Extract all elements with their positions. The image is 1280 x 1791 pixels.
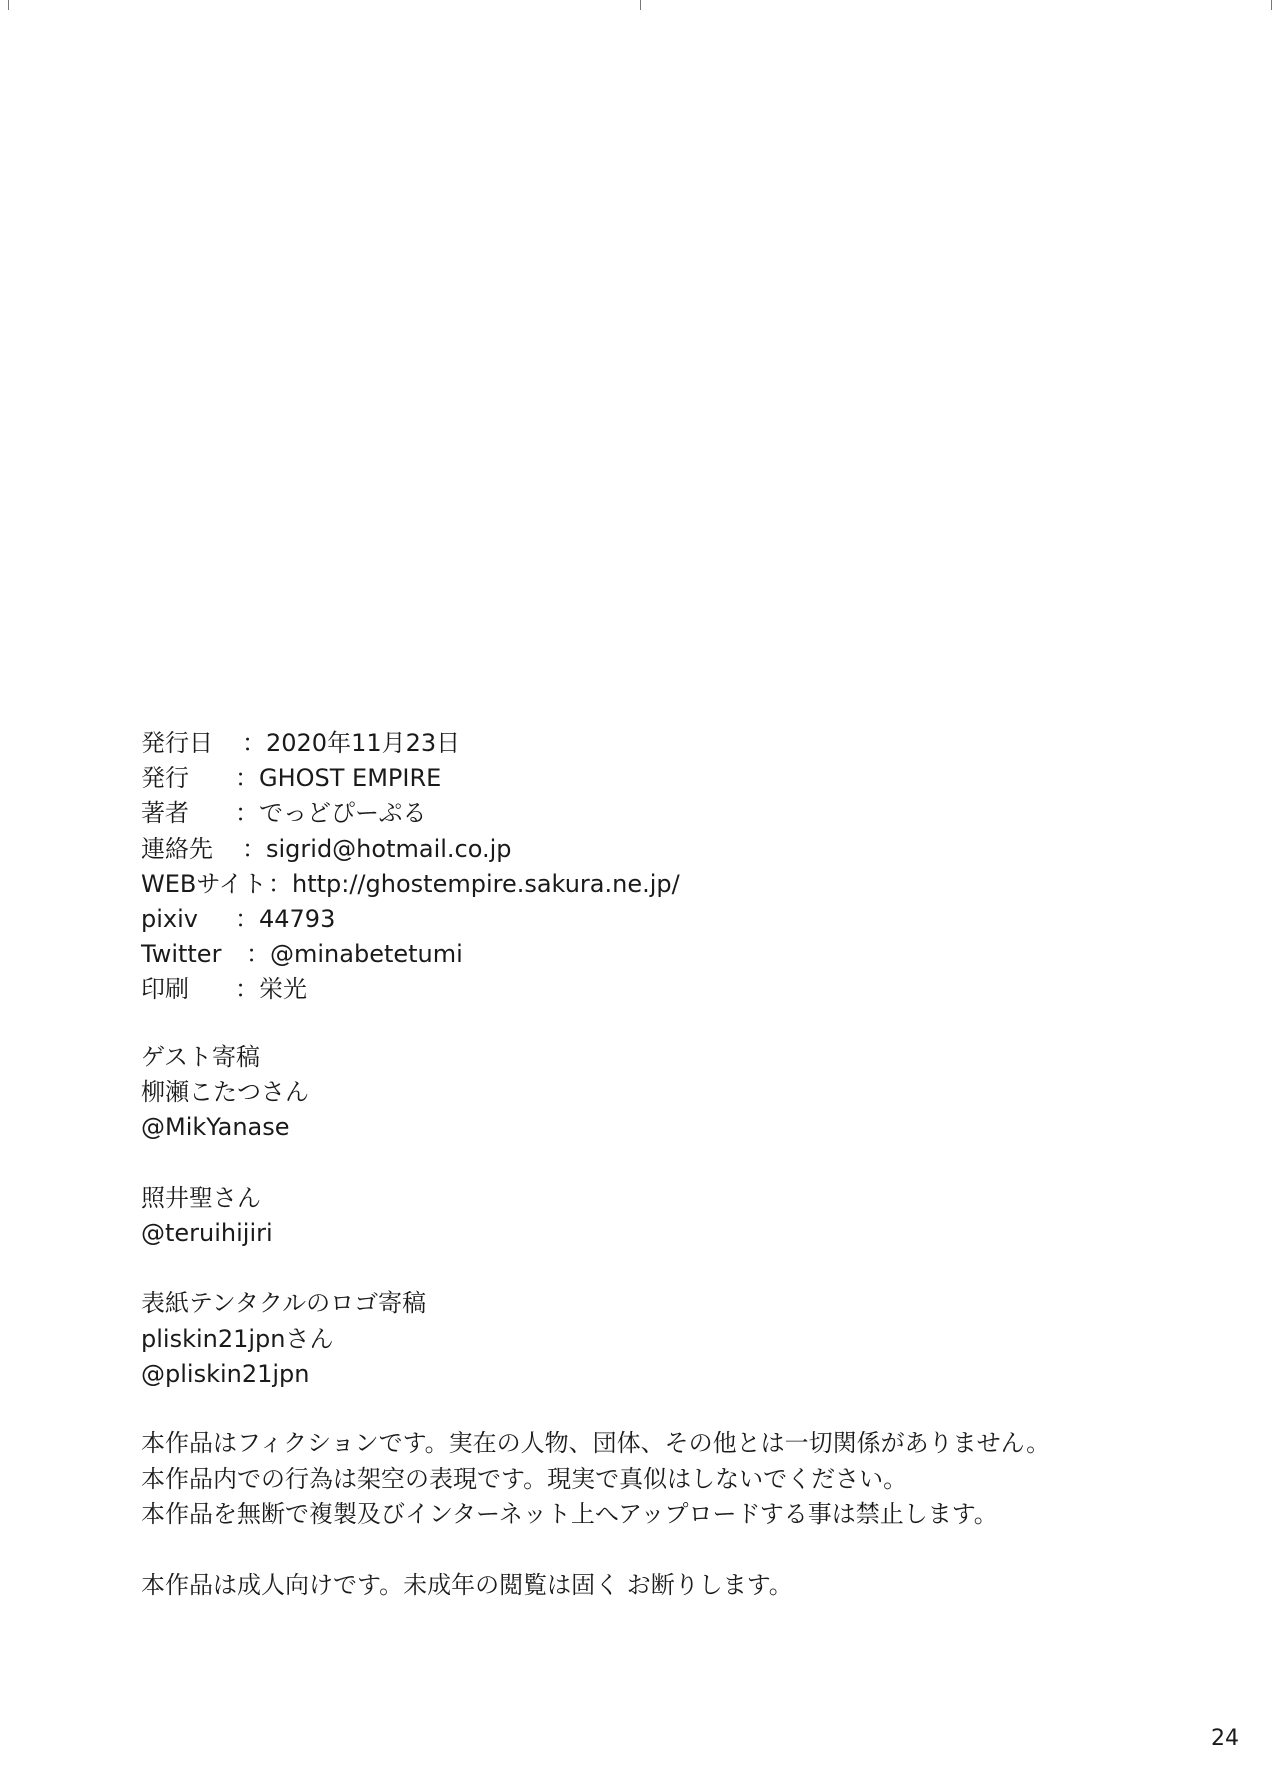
contributor-name: 柳瀬こたつさん: [141, 1075, 426, 1110]
row-value: ：栄光: [235, 972, 307, 1007]
contributor-name: pliskin21jpnさん: [141, 1322, 426, 1357]
contributor-handle: @teruihijiri: [141, 1216, 426, 1251]
row-label: 印刷: [141, 972, 189, 1007]
colophon-row-publish-date: 発行日 ：2020年11月23日: [141, 726, 267, 761]
notice-no-reproduction: 本作品を無断で複製及びインターネット上へアップロードする事は禁止します。: [141, 1497, 1050, 1533]
notice-adults-only: 本作品は成人向けです。未成年の閲覧は固く お断りします。: [141, 1568, 1050, 1604]
row-label: 連絡先: [141, 832, 213, 867]
colophon-row-twitter: Twitter ：@minabetetumi: [141, 937, 267, 972]
legal-notices: 本作品はフィクションです。実在の人物、団体、その他とは一切関係がありません。 本…: [141, 1426, 1050, 1604]
logo-contribution-heading: 表紙テンタクルのロゴ寄稿: [141, 1286, 426, 1321]
row-label: WEBサイト: [141, 867, 267, 902]
row-value: ：GHOST EMPIRE: [235, 761, 441, 796]
colophon-row-website: WEBサイト ：http://ghostempire.sakura.ne.jp/: [141, 867, 267, 902]
colophon-block: 発行日 ：2020年11月23日 発行 ：GHOST EMPIRE 著者 ：でっ…: [141, 726, 267, 1008]
row-value: ：44793: [235, 902, 335, 937]
guest-contributors: ゲスト寄稿 柳瀬こたつさん @MikYanase 照井聖さん @teruihij…: [141, 1040, 426, 1392]
notice-do-not-imitate: 本作品内での行為は架空の表現です。現実で真似はしないでください。: [141, 1462, 1050, 1498]
colophon-row-author: 著者 ：でっどぴーぷる: [141, 796, 267, 831]
row-label: 著者: [141, 796, 189, 831]
crop-mark-center: [640, 0, 641, 10]
guest-heading: ゲスト寄稿: [141, 1040, 426, 1075]
row-value: ：でっどぴーぷる: [235, 796, 427, 831]
crop-mark-right: [1271, 0, 1272, 10]
colophon-row-publisher: 発行 ：GHOST EMPIRE: [141, 761, 267, 796]
row-label: pixiv: [141, 902, 198, 937]
row-value: ：2020年11月23日: [242, 726, 460, 761]
row-label: 発行: [141, 761, 189, 796]
colophon-row-printer: 印刷 ：栄光: [141, 972, 267, 1007]
colophon-row-pixiv: pixiv ：44793: [141, 902, 267, 937]
row-value: ：sigrid@hotmail.co.jp: [242, 832, 512, 867]
crop-mark-left: [8, 0, 9, 10]
colophon-row-contact: 連絡先 ：sigrid@hotmail.co.jp: [141, 832, 267, 867]
row-value: ：@minabetetumi: [246, 937, 463, 972]
contributor-handle: @pliskin21jpn: [141, 1357, 426, 1392]
page-number: 24: [1211, 1726, 1239, 1751]
contributor-name: 照井聖さん: [141, 1181, 426, 1216]
row-label: Twitter: [141, 937, 221, 972]
notice-fiction: 本作品はフィクションです。実在の人物、団体、その他とは一切関係がありません。: [141, 1426, 1050, 1462]
row-value: ：http://ghostempire.sakura.ne.jp/: [268, 867, 680, 902]
row-label: 発行日: [141, 726, 213, 761]
contributor-handle: @MikYanase: [141, 1110, 426, 1145]
